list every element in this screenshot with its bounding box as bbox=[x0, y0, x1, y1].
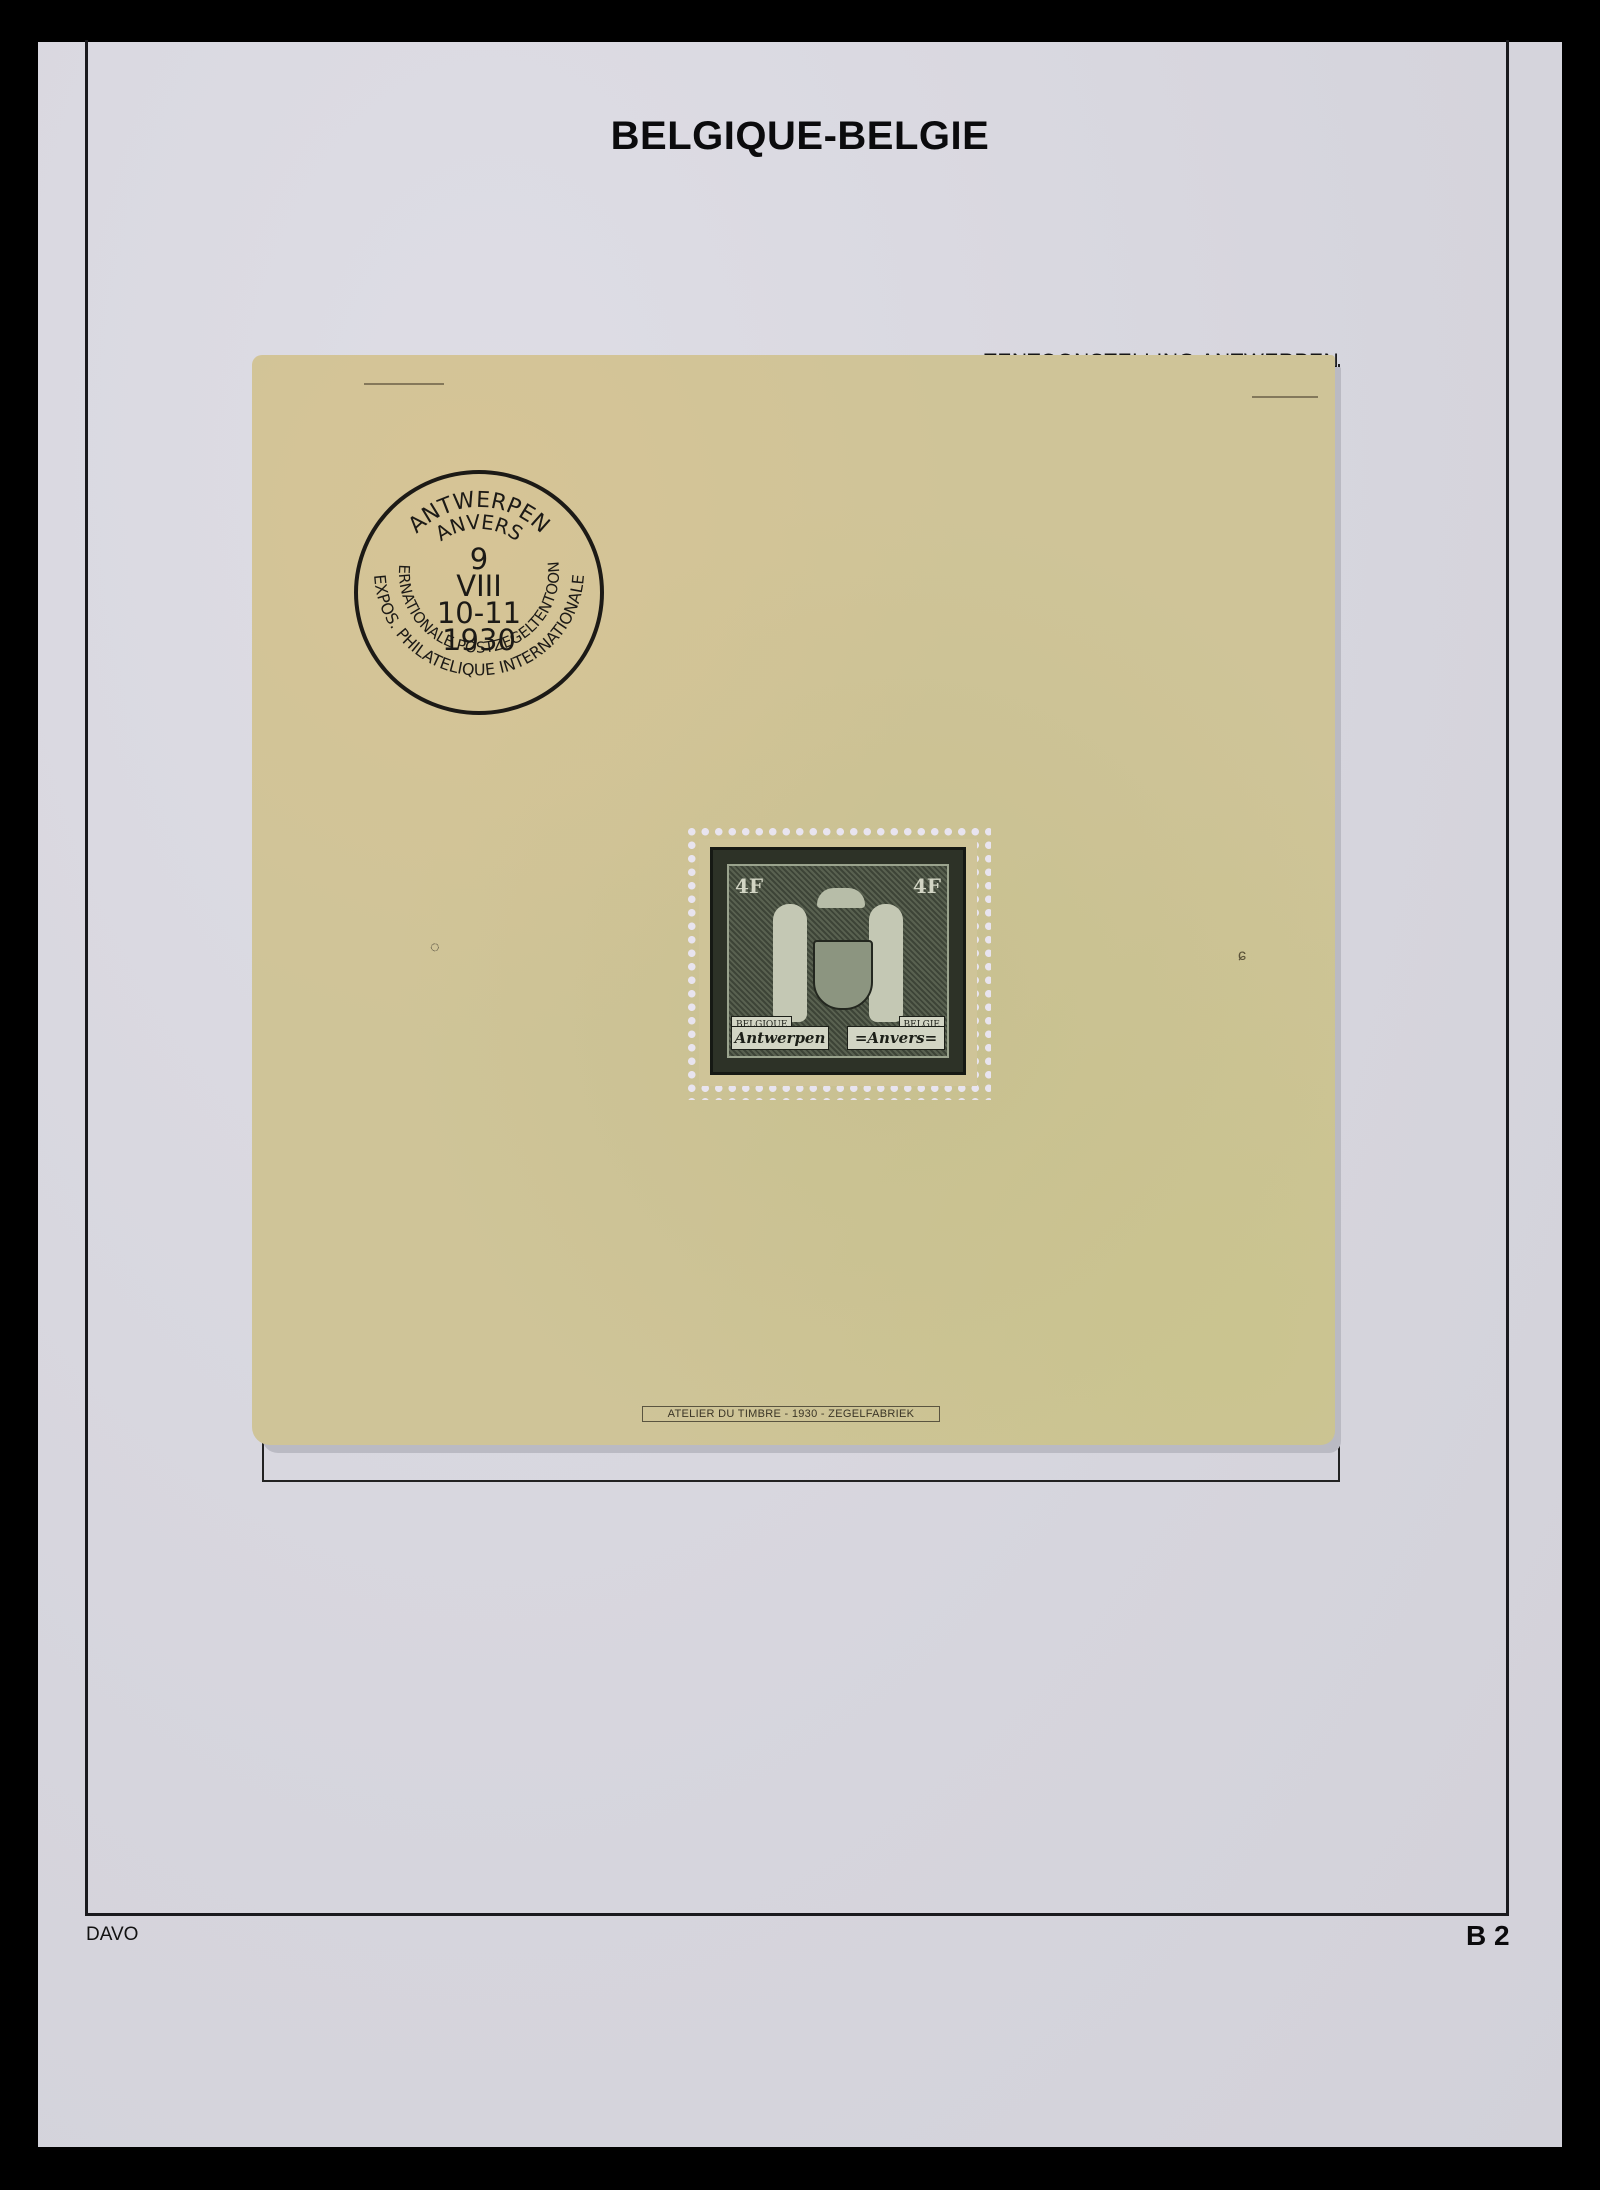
stamp-ribbon-right: =Anvers= bbox=[847, 1026, 945, 1050]
perforated-stamp-block: 4F 4F BELGIQUE BELGIE Antwerpen =Anvers= bbox=[685, 825, 991, 1100]
stamp: 4F 4F BELGIQUE BELGIE Antwerpen =Anvers= bbox=[710, 847, 966, 1075]
postmark-date: 9 VIII 10-11 1930 bbox=[358, 546, 600, 654]
album-page: BELGIQUE-BELGIE TENTOONSTELLING ANTWERPE… bbox=[38, 42, 1562, 2147]
page-number: B 2 bbox=[1466, 1920, 1510, 1952]
souvenir-sheet: ANTWERPEN ANVERS INTERNATIONALE POSTZEGE… bbox=[252, 355, 1335, 1445]
postmark-cancel: ANTWERPEN ANVERS INTERNATIONALE POSTZEGE… bbox=[354, 470, 604, 715]
paper-blemish: ɕ bbox=[1238, 947, 1246, 965]
figure-left bbox=[773, 904, 807, 1022]
publisher-label: DAVO bbox=[86, 1924, 138, 1946]
coat-of-arms-icon bbox=[813, 940, 873, 1010]
stamp-engraving: 4F 4F BELGIQUE BELGIE Antwerpen =Anvers= bbox=[727, 864, 949, 1058]
paper-blemish: ◌ bbox=[430, 939, 440, 957]
stamp-ribbon-left: Antwerpen bbox=[731, 1026, 829, 1050]
sheet-guide-line bbox=[364, 383, 444, 385]
sheet-guide-line bbox=[1252, 396, 1318, 398]
sheet-imprint: ATELIER DU TIMBRE - 1930 - ZEGELFABRIEK bbox=[642, 1406, 940, 1422]
stamp-value-right: 4F bbox=[913, 874, 941, 898]
stamp-value-left: 4F bbox=[735, 874, 763, 898]
figure-right bbox=[869, 904, 903, 1022]
crown-icon bbox=[817, 888, 865, 908]
page-title: BELGIQUE-BELGIE bbox=[38, 114, 1562, 159]
postmark-year: 1930 bbox=[358, 627, 600, 654]
